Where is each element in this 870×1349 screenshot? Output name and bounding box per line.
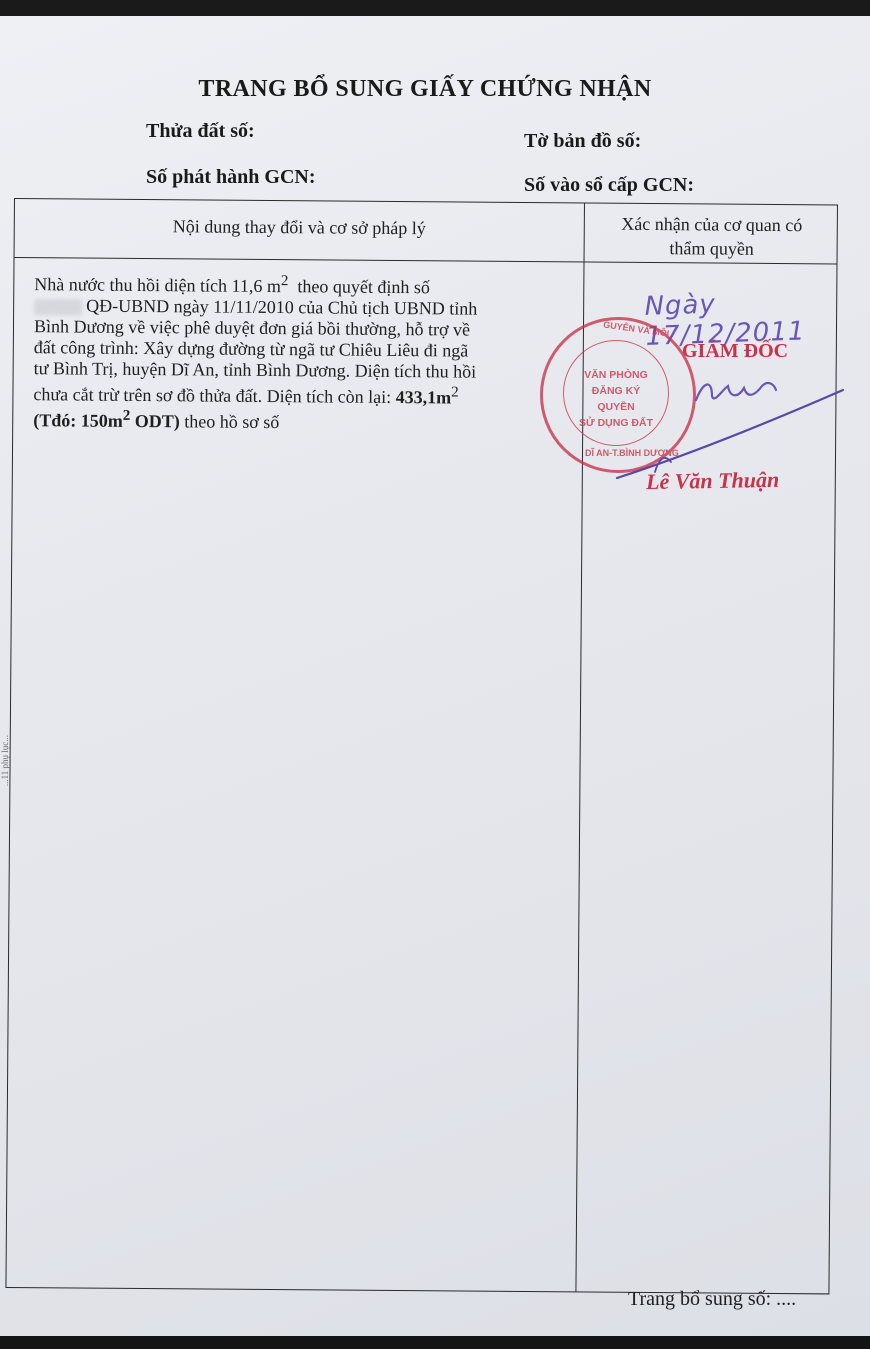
content-line-7: (Tđó: 150m2 ODT) theo hồ sơ số <box>33 405 573 435</box>
certificate-register-label: Số vào sổ cấp GCN: <box>524 174 694 197</box>
parcel-number-label: Thửa đất số: <box>146 120 255 143</box>
bottom-dark-edge <box>0 1336 870 1349</box>
change-content: Nhà nước thu hồi diện tích 11,6 m2 theo … <box>33 269 574 435</box>
margin-note: ...11 phụ lục... <box>0 735 10 786</box>
redacted-number <box>34 299 82 315</box>
supplement-page-number: Trang bổ sung số: .... <box>628 1288 796 1311</box>
certificate-issue-label: Số phát hành GCN: <box>146 166 316 189</box>
signer-name: Lê Văn Thuận <box>646 467 780 495</box>
document-title: TRANG BỔ SUNG GIẤY CHỨNG NHẬN <box>0 76 850 103</box>
header-confirmation-line2: thẩm quyền <box>587 235 837 261</box>
header-changes: Nội dung thay đổi và cơ sở pháp lý <box>15 215 584 240</box>
header-confirmation: Xác nhận của cơ quan có thẩm quyền <box>587 212 837 262</box>
director-title: GIÁM ĐỐC <box>682 340 788 363</box>
header-confirmation-line1: Xác nhận của cơ quan có <box>587 212 837 238</box>
map-sheet-label: Tờ bản đồ số: <box>524 130 641 153</box>
